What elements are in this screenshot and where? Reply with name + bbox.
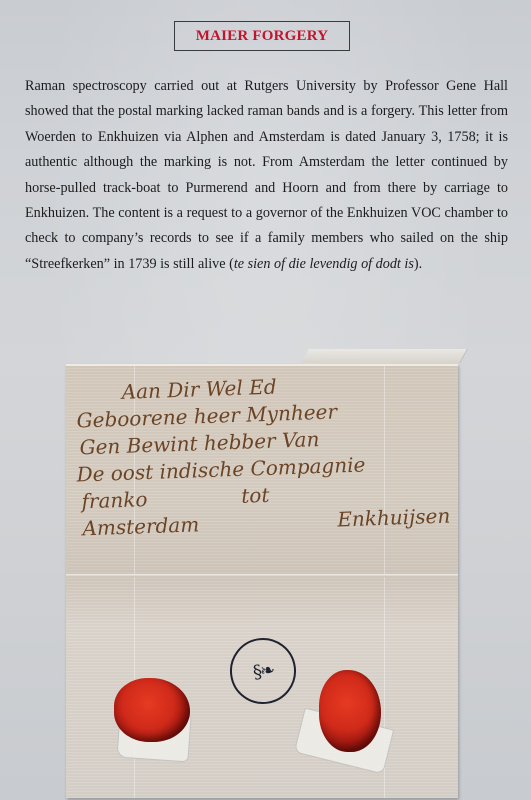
city-enkhuizen: Enkhuijsen [337,503,451,534]
title-box: MAIER FORGERY [174,21,350,51]
tot-text: tot [241,482,270,510]
franco-text: franko [75,486,148,515]
page-title: MAIER FORGERY [196,28,329,45]
postmark-stamp: §❧ [226,634,301,709]
red-wax-seal-right-icon [319,670,381,752]
city-amsterdam: Amsterdam [76,511,200,542]
fold-line [66,574,458,577]
description-text-end: ). [414,256,422,272]
handwritten-address: Aan Dir Wel Ed Geboorene heer Mynheer Ge… [71,367,456,542]
description-text: Raman spectroscopy carried out at Rutger… [25,78,508,272]
description-paragraph: Raman spectroscopy carried out at Rutger… [25,74,508,277]
postmark-icon: §❧ [252,659,275,683]
description-quote-italic: te sien of die levendig of dodt is [234,256,414,272]
mount-backing-strip [301,349,467,363]
red-wax-seal-left-icon [114,678,190,742]
letter-photo: Aan Dir Wel Ed Geboorene heer Mynheer Ge… [66,364,458,798]
